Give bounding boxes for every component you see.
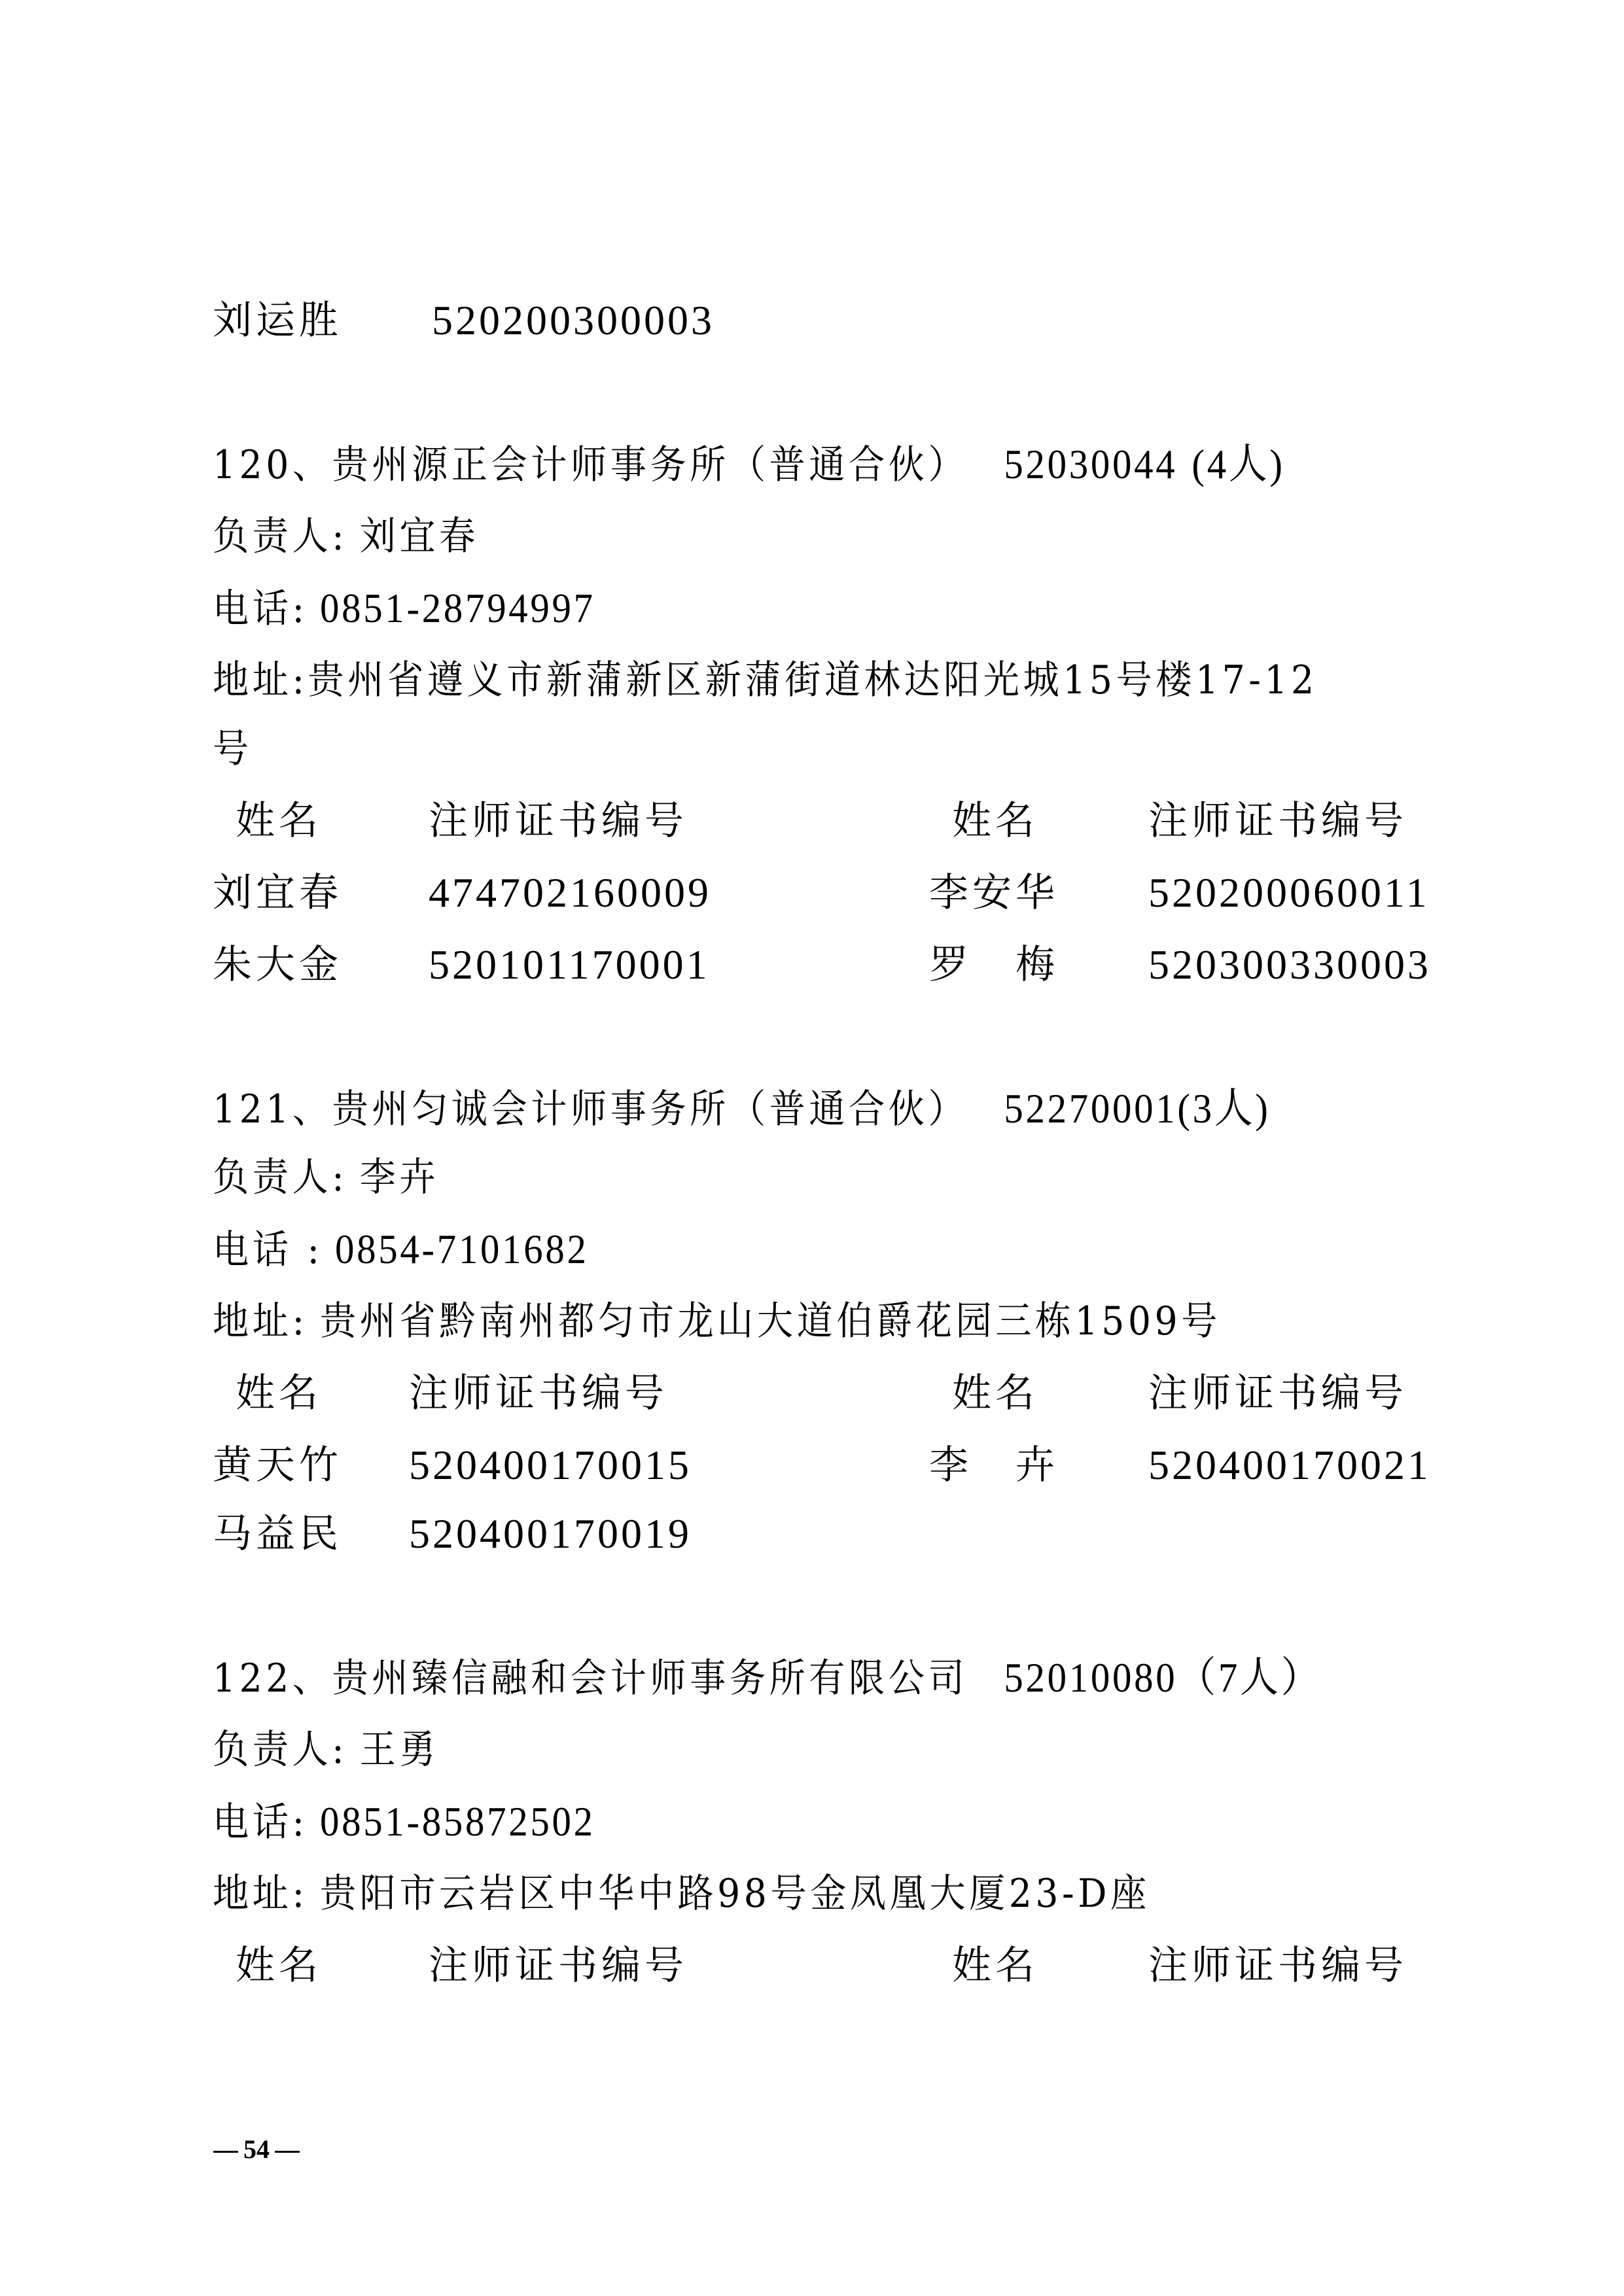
- header-cert: 注师证书编号: [409, 1367, 668, 1419]
- page-number-value: 54: [243, 2134, 270, 2164]
- header-name: 姓名: [952, 795, 1038, 847]
- member-name: 朱大金: [213, 939, 342, 991]
- header-cert: 注师证书编号: [1148, 795, 1407, 847]
- firm-code: 52270001: [1004, 1085, 1177, 1132]
- firm-member-count: （7人）: [1177, 1654, 1322, 1701]
- firm-member-count: (3人): [1177, 1085, 1270, 1132]
- header-cert: 注师证书编号: [1148, 1939, 1407, 1992]
- member-name: 罗 梅: [929, 939, 1059, 991]
- firm-address: 地址:贵阳市云岩区中华中路98号金凤凰大厦23-D座: [213, 1868, 1150, 1920]
- member-cert: 520200060011: [1148, 867, 1430, 919]
- phone-number: 0851-85872502: [320, 1798, 595, 1845]
- address-text: 贵阳市云岩区中华中路98号金凤凰大厦23-D座: [320, 1871, 1150, 1917]
- firm-heading: 121、贵州匀诚会计师事务所（普通合伙）52270001(3人): [213, 1083, 1271, 1135]
- header-cert: 注师证书编号: [429, 795, 688, 847]
- phone-number: 0854-7101682: [335, 1226, 589, 1272]
- member-name: 黄天竹: [213, 1439, 342, 1491]
- phone-label: 电话:: [213, 586, 308, 632]
- header-name: 姓名: [952, 1367, 1038, 1419]
- phone-label: 电话 :: [213, 1227, 323, 1273]
- firm-code: 52010080: [1004, 1654, 1177, 1701]
- header-cert: 注师证书编号: [429, 1939, 688, 1992]
- firm-heading: 120、贵州源正会计师事务所（普通合伙）52030044(4人): [213, 438, 1285, 491]
- page-number: 54: [208, 2134, 305, 2165]
- dash-left: [213, 2151, 238, 2153]
- firm-phone: 电话:0851-28794997: [213, 582, 595, 635]
- member-name: 马益民: [213, 1508, 342, 1560]
- member-name: 李 卉: [929, 1439, 1059, 1491]
- firm-index: 122、: [213, 1656, 332, 1701]
- principal-name: 李卉: [360, 1155, 439, 1200]
- firm-index: 121、: [213, 1087, 332, 1132]
- firm-index: 120、: [213, 442, 332, 488]
- address-text-continued: 号: [213, 726, 253, 772]
- dash-right: [275, 2151, 300, 2153]
- header-name: 姓名: [952, 1939, 1038, 1992]
- member-cert: 520400170019: [409, 1508, 692, 1560]
- member-cert: 520400170021: [1148, 1439, 1431, 1491]
- principal-label: 负责人:: [213, 1727, 347, 1773]
- principal-name: 王勇: [360, 1727, 439, 1773]
- member-cert: 474702160009: [429, 867, 711, 919]
- address-label: 地址:: [213, 1871, 308, 1917]
- firm-code: 52030044: [1004, 441, 1177, 487]
- firm-address: 地址:贵州省遵义市新蒲新区新蒲街道林达阳光城15号楼17-12: [213, 654, 1318, 706]
- firm-name: 贵州匀诚会计师事务所（普通合伙）: [332, 1087, 968, 1132]
- firm-principal: 负责人:王勇: [213, 1724, 439, 1776]
- firm-principal: 负责人:李卉: [213, 1151, 439, 1204]
- header-cert: 注师证书编号: [1148, 1367, 1407, 1419]
- member-cert: 520400170015: [409, 1439, 692, 1491]
- address-label: 地址:: [213, 1298, 308, 1344]
- address-text: 贵州省遵义市新蒲新区新蒲街道林达阳光城15号楼17-12: [308, 657, 1318, 703]
- header-name: 姓名: [236, 795, 322, 847]
- principal-label: 负责人:: [213, 513, 347, 559]
- member-cert: 520300330003: [1148, 939, 1431, 991]
- principal-name: 刘宜春: [360, 513, 479, 559]
- member-cert: 520101170001: [429, 939, 710, 991]
- firm-phone: 电话 :0854-7101682: [213, 1223, 589, 1276]
- address-label: 地址:: [213, 657, 308, 703]
- firm-member-count: (4人): [1192, 441, 1284, 487]
- firm-heading: 122、贵州臻信融和会计师事务所有限公司52010080（7人）: [213, 1652, 1322, 1704]
- member-name: 刘运胜: [213, 294, 342, 347]
- firm-phone: 电话:0851-85872502: [213, 1796, 595, 1848]
- firm-name: 贵州源正会计师事务所（普通合伙）: [332, 442, 968, 488]
- firm-name: 贵州臻信融和会计师事务所有限公司: [332, 1656, 968, 1701]
- member-name: 刘宜春: [213, 867, 342, 919]
- header-name: 姓名: [236, 1939, 322, 1992]
- firm-principal: 负责人:刘宜春: [213, 510, 479, 563]
- member-name: 李安华: [929, 867, 1059, 919]
- firm-address-continued: 号: [213, 723, 253, 775]
- address-text: 贵州省黔南州都匀市龙山大道伯爵花园三栋1509号: [320, 1298, 1221, 1344]
- phone-label: 电话:: [213, 1800, 308, 1845]
- member-cert: 520200300003: [432, 294, 715, 347]
- phone-number: 0851-28794997: [320, 585, 595, 631]
- principal-label: 负责人:: [213, 1155, 347, 1200]
- header-name: 姓名: [236, 1367, 322, 1419]
- firm-address: 地址:贵州省黔南州都匀市龙山大道伯爵花园三栋1509号: [213, 1295, 1221, 1348]
